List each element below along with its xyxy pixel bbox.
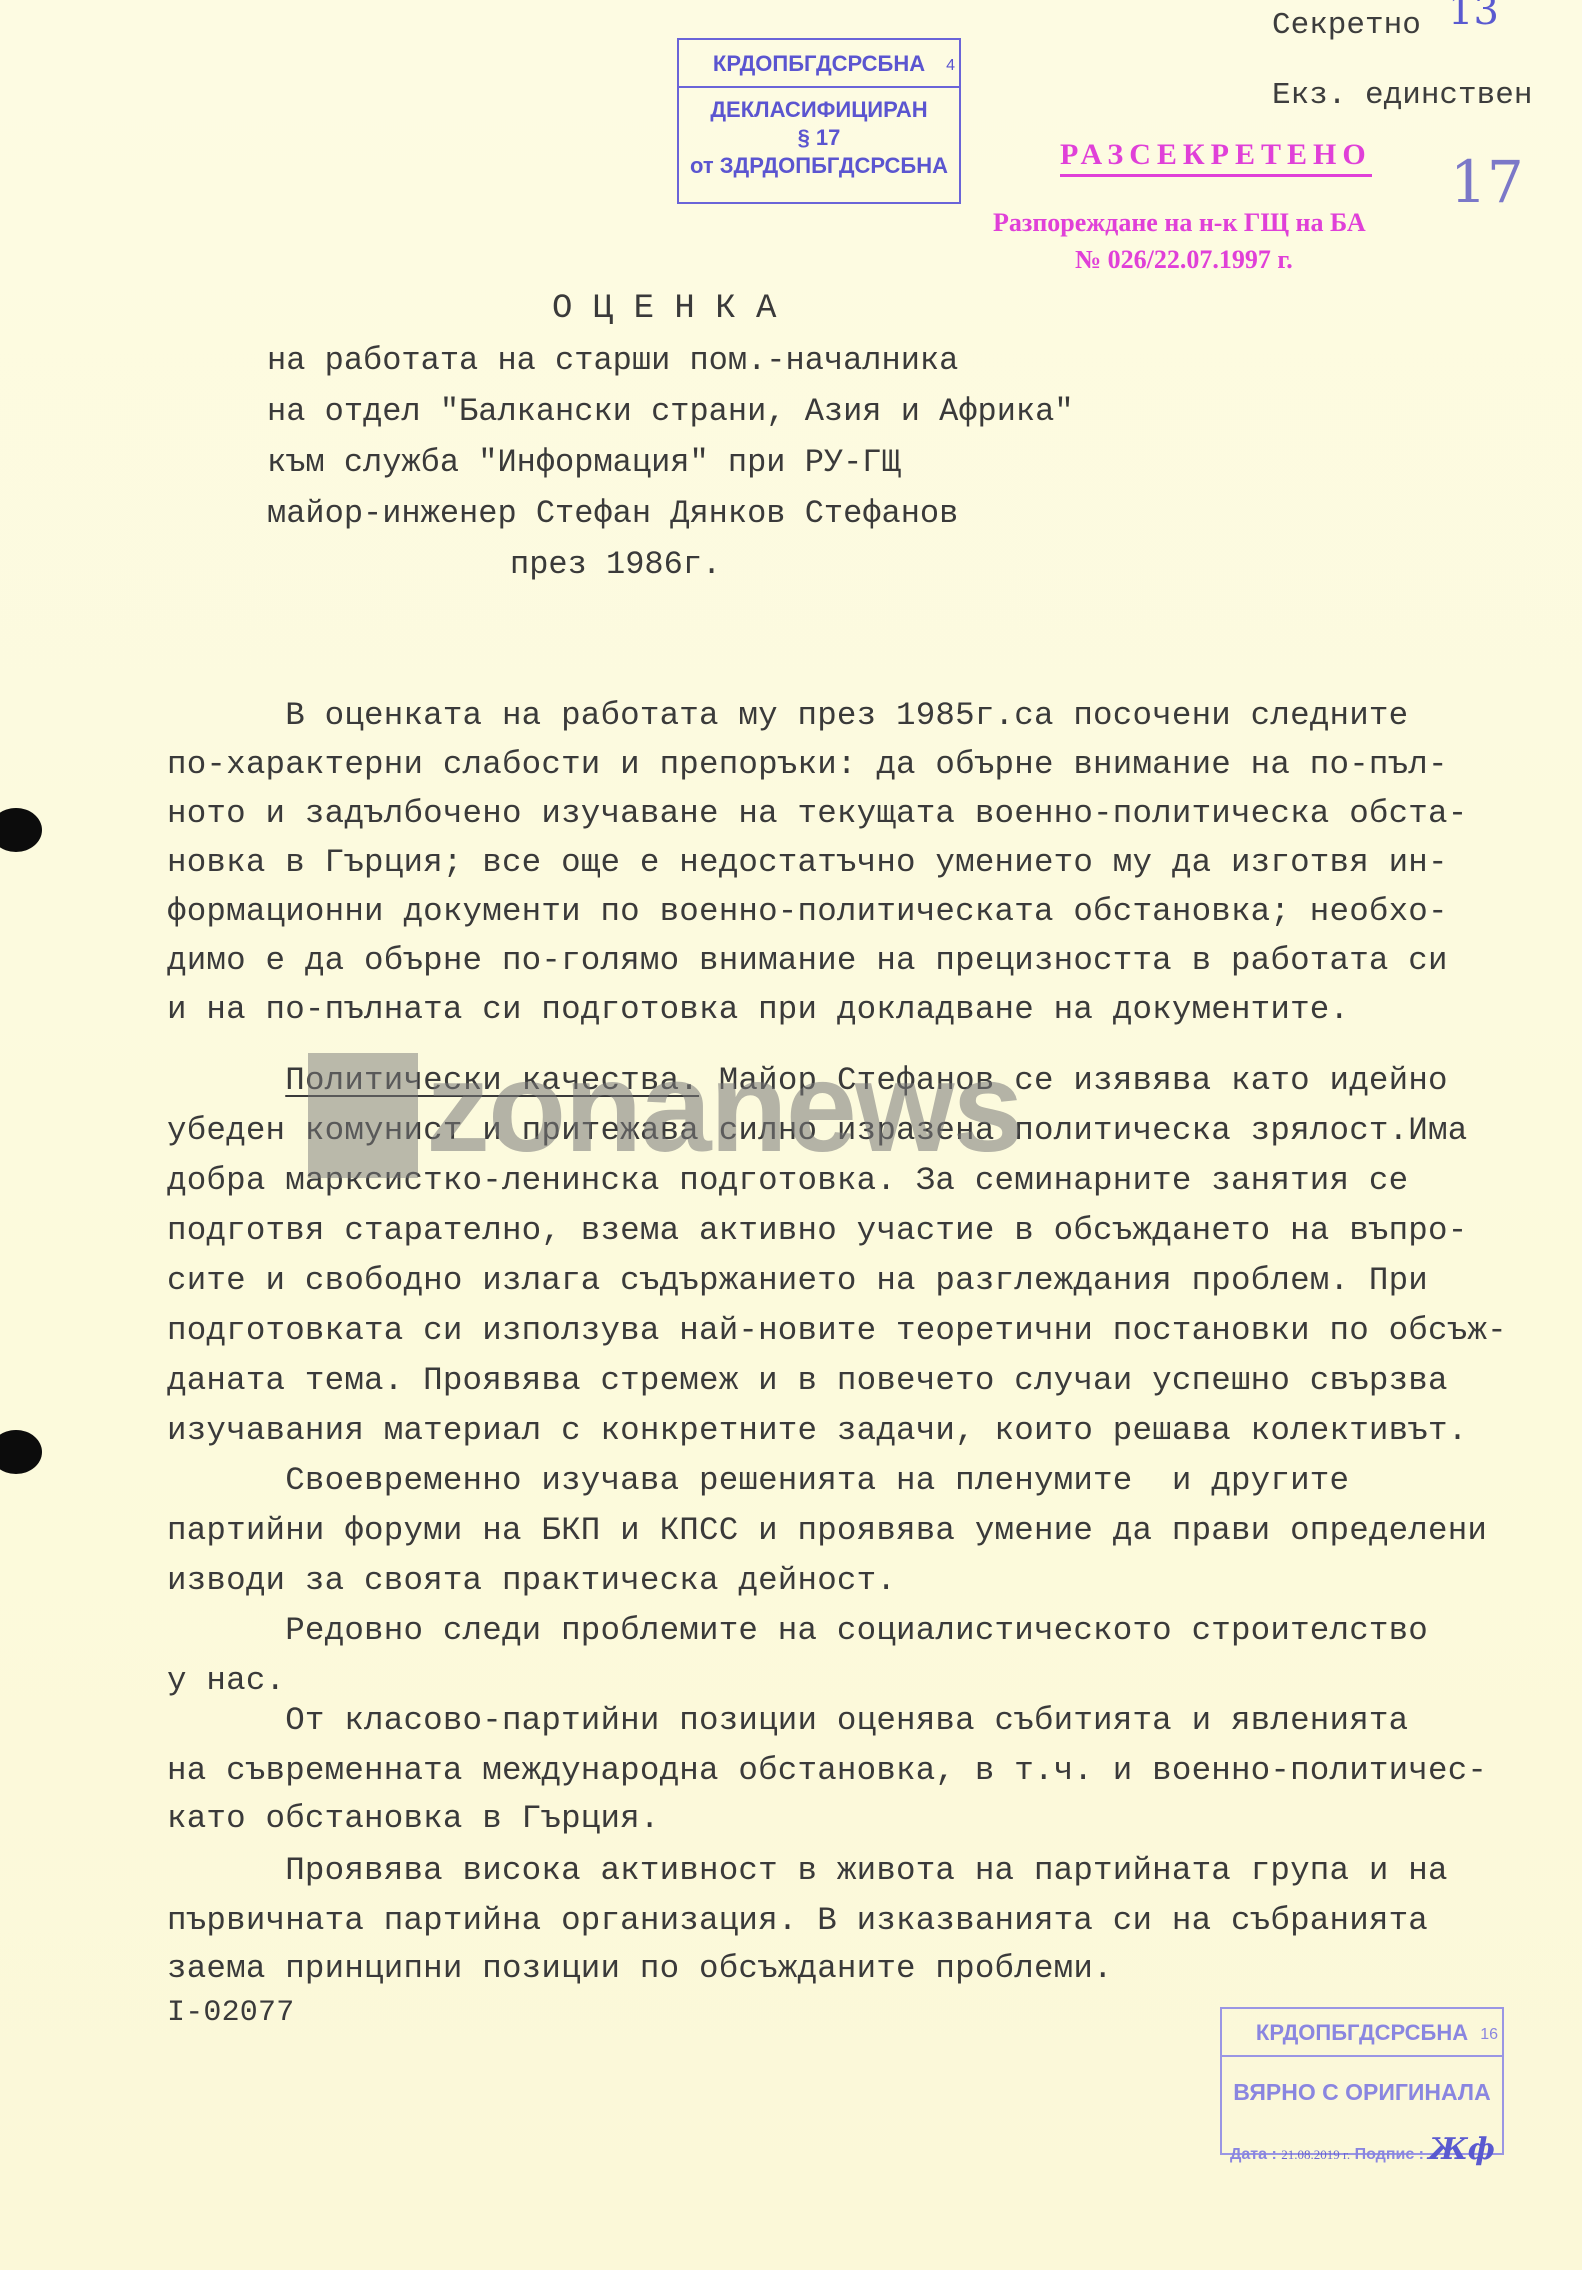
body-line: изучавания материал с конкретните задачи… xyxy=(167,1412,1467,1449)
body-line: подготвя старателно, взема активно участ… xyxy=(167,1212,1467,1249)
reference-number: I-02077 xyxy=(167,1996,294,2030)
declassified-pink-title: РАЗСЕКРЕТЕНО xyxy=(1060,138,1372,177)
title-line: през 1986г. xyxy=(510,546,721,583)
body-line: по-характерни слабости и препоръки: да о… xyxy=(167,746,1448,783)
body-line: От класово-партийни позиции оценява съби… xyxy=(167,1702,1408,1739)
handwritten-sheet-number: 17 xyxy=(1450,148,1524,216)
body-line: първичната партийна организация. В изказ… xyxy=(167,1902,1428,1939)
stamp-status: ДЕКЛАСИФИЦИРАН xyxy=(679,96,959,124)
signature: Жф xyxy=(1428,2132,1494,2167)
body-line: Редовно следи проблемите на социалистиче… xyxy=(167,1612,1428,1649)
stamp-number: 16 xyxy=(1480,2011,1498,2059)
classification-label: Секретно xyxy=(1272,8,1421,43)
body-line: даната тема. Проявява стремеж и в повече… xyxy=(167,1362,1448,1399)
document-heading: О Ц Е Н К А xyxy=(552,290,776,328)
body-line: убеден комунист и притежава силно изразе… xyxy=(167,1112,1467,1149)
body-line: партийни форуми на БКП и КПСС и проявява… xyxy=(167,1512,1487,1549)
title-line: на работата на старши пом.-началника xyxy=(267,342,958,379)
body-line: ното и задълбочено изучаване на текущата… xyxy=(167,795,1467,832)
punch-hole xyxy=(0,808,42,852)
section-heading: Политически качества. xyxy=(285,1062,699,1099)
declassified-order: Разпореждане на н-к ГЩ на БА xyxy=(993,208,1366,238)
punch-hole xyxy=(0,1430,42,1474)
stamp-org: КРДОПБГДСРСБНА xyxy=(713,51,925,76)
body-line: и на по-пълната си подготовка при доклад… xyxy=(167,991,1349,1028)
stamp-date-row: Дата : 21.08.2019 г. Подпис : Жф xyxy=(1222,2132,1502,2167)
body-line: формационни документи по военно-политиче… xyxy=(167,893,1448,930)
declassified-order-number: № 026/22.07.1997 г. xyxy=(1075,245,1293,275)
copy-label: Екз. единствен xyxy=(1272,78,1532,113)
body-line: димо е да обърне по-голямо внимание на п… xyxy=(167,942,1448,979)
declassified-stamp: КРДОПБГДСРСБНА 4 ДЕКЛАСИФИЦИРАН § 17 от … xyxy=(677,38,961,204)
body-line: сите и свободно излага съдържанието на р… xyxy=(167,1262,1428,1299)
stamp-true-copy-text: ВЯРНО С ОРИГИНАЛА xyxy=(1222,2057,1502,2106)
body-line: изводи за своята практическа дейност. xyxy=(167,1562,896,1599)
handwritten-page-number: 13 xyxy=(1448,0,1499,34)
stamp-org: КРДОПБГДСРСБНА xyxy=(1256,2020,1468,2045)
body-line: подготовката си използува най-новите тео… xyxy=(167,1312,1507,1349)
body-line: като обстановка в Гърция. xyxy=(167,1800,660,1837)
body-line: В оценката на работата му през 1985г.са … xyxy=(167,697,1408,734)
section-first-line: Политически качества. Майор Стефанов се … xyxy=(167,1062,1448,1099)
stamp-section: § 17 xyxy=(679,124,959,152)
title-line: майор-инженер Стефан Дянков Стефанов xyxy=(267,495,958,532)
stamp-date: 21.08.2019 г. xyxy=(1281,2147,1350,2162)
body-line: новка в Гърция; все още е недостатъчно у… xyxy=(167,844,1448,881)
body-line: Своевременно изучава решенията на пленум… xyxy=(167,1462,1349,1499)
body-line: добра марксистко-ленинска подготовка. За… xyxy=(167,1162,1408,1199)
body-line: на съвременната международна обстановка,… xyxy=(167,1752,1487,1789)
body-line: заема принципни позиции по обсъжданите п… xyxy=(167,1950,1113,1987)
title-line: към служба "Информация" при РУ-ГЩ xyxy=(267,444,901,481)
stamp-from: от ЗДРДОПБГДСРСБНА xyxy=(679,152,959,180)
title-line: на отдел "Балкански страни, Азия и Африк… xyxy=(267,393,1074,430)
stamp-number: 4 xyxy=(946,42,955,90)
document-page: Секретно Екз. единствен 13 17 КРДОПБГДСР… xyxy=(0,0,1582,2270)
body-line: у нас. xyxy=(167,1662,285,1699)
body-line: Проявява висока активност в живота на па… xyxy=(167,1852,1448,1889)
true-copy-stamp: КРДОПБГДСРСБНА 16 ВЯРНО С ОРИГИНАЛА Дата… xyxy=(1220,2007,1504,2155)
